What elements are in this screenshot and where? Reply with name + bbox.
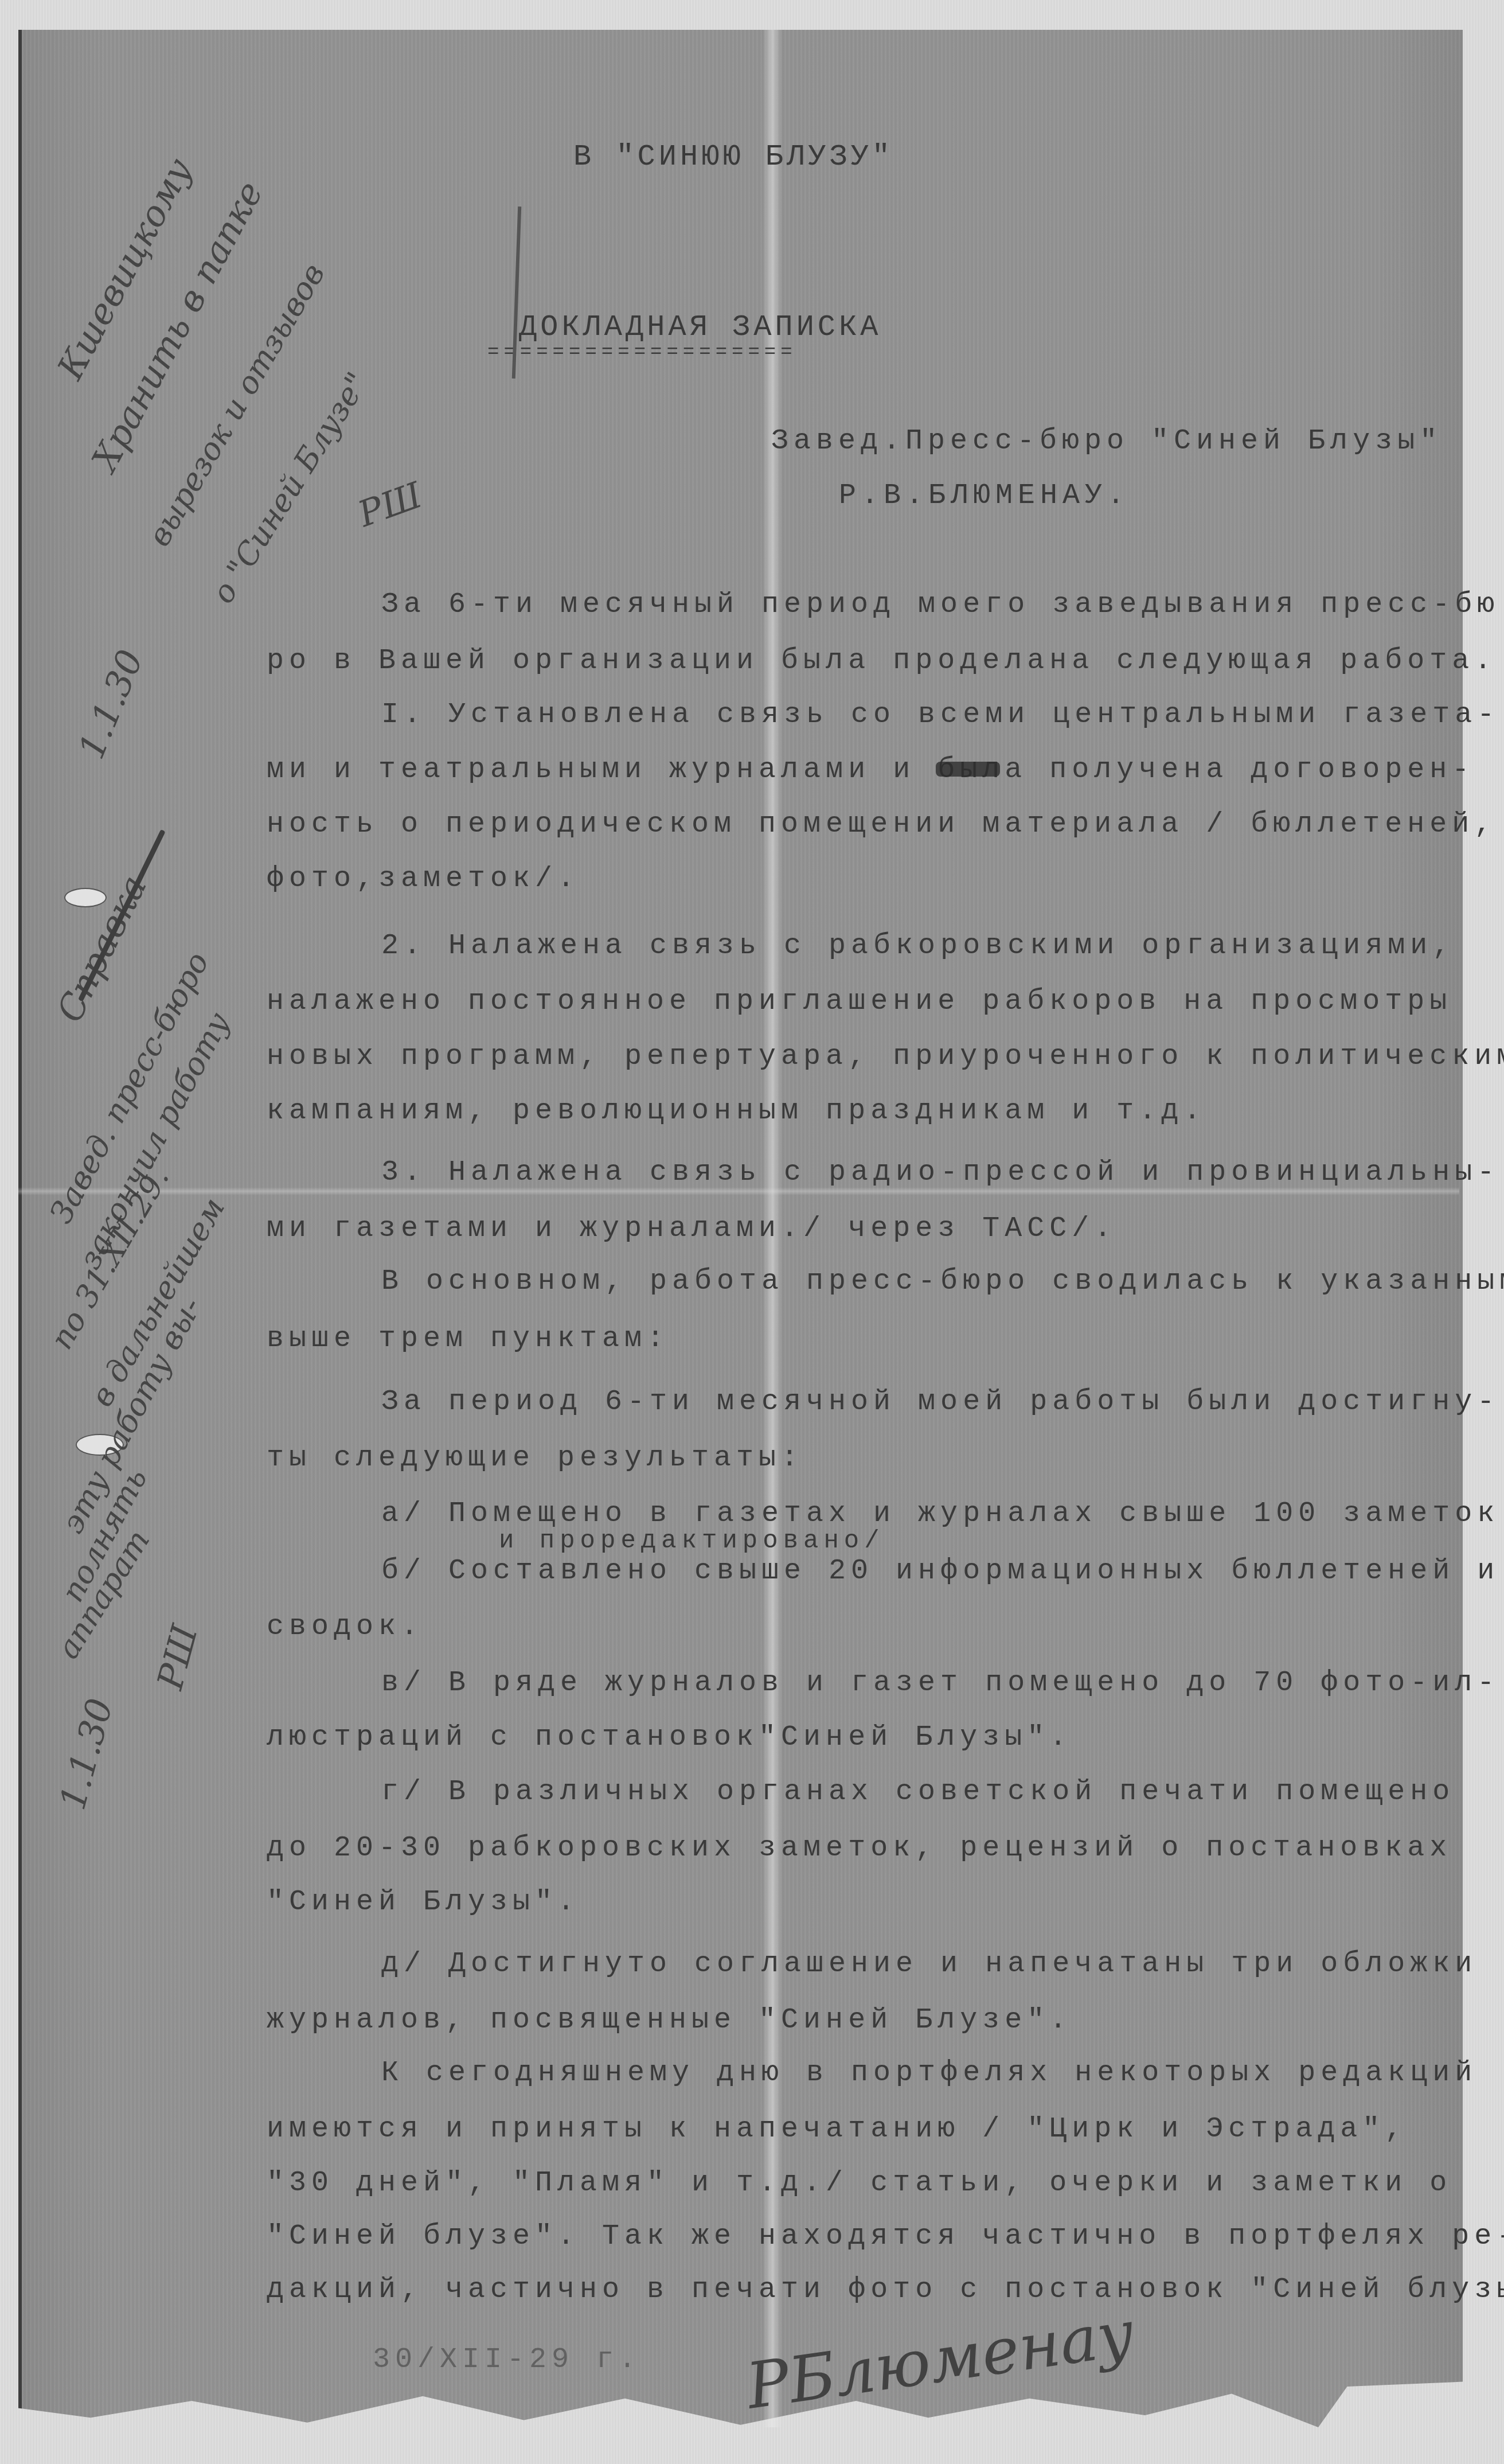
body-line: 3. Налажена связь с радио-прессой и пров… [381,1159,1499,1187]
body-line: ро в Вашей организации была проделана сл… [267,647,1497,676]
body-line: ты следующие результаты: [267,1444,803,1473]
author-position: Завед.Пресс-бюро "Синей Блузы" [771,427,1442,456]
body-line: люстраций с постановок"Синей Блузы". [267,1724,1072,1752]
body-line: журналов, посвященные "Синей Блузе". [267,2006,1072,2035]
body-line: В основном, работа пресс-бюро сводилась … [381,1268,1504,1296]
body-line: кампаниям, революционным праздникам и т.… [267,1097,1206,1126]
body-line: а/ Помещено в газетах и журналах свыше 1… [381,1500,1504,1529]
struck-out-word [936,762,1000,777]
body-line: налажено постоянное приглашение рабкоров… [267,988,1452,1016]
body-line: новых программ, репертуара, приуроченног… [267,1043,1504,1071]
body-line: и проредактировано/ [499,1529,885,1554]
body-line: б/ Составлено свыше 20 информационных бю… [381,1557,1499,1586]
body-line: имеются и приняты к напечатанию / "Цирк … [267,2115,1407,2144]
body-line: За период 6-ти месячной моей работы были… [381,1388,1499,1417]
body-line: "30 дней", "Пламя" и т.д./ статьи, очерк… [267,2169,1452,2198]
body-line: "Синей Блузы". [267,1888,580,1917]
body-line: сводок. [267,1613,423,1642]
body-line: 2. Налажена связь с рабкоровскими органи… [381,932,1455,961]
body-line: до 20-30 рабкоровских заметок, рецензий … [267,1834,1452,1863]
body-line: дакций, частично в печати фото с постано… [267,2276,1504,2305]
document-title: ДОКЛАДНАЯ ЗАПИСКА [519,313,882,342]
body-line: д/ Достигнуто соглашение и напечатаны тр… [381,1950,1477,1979]
body-line: За 6-ти месячный период моего заведывани… [381,591,1504,619]
body-line: "Синей блузе". Так же находятся частично… [267,2223,1504,2251]
body-line: I. Установлена связь со всеми центральны… [381,701,1499,730]
body-line: в/ В ряде журналов и газет помещено до 7… [381,1669,1499,1698]
date-line: 30/XII-29 г. [373,2346,641,2375]
author-name: Р.В.БЛЮМЕНАУ. [839,482,1130,510]
body-line: ми и театральными журналами и была получ… [267,756,1474,785]
body-line: К сегодняшнему дню в портфелях некоторых… [381,2059,1477,2088]
body-line: фото,заметок/. [267,865,580,894]
title-underline: =================== [487,343,797,362]
body-line: г/ В различных органах советской печати … [381,1778,1455,1807]
body-line: выше трем пунктам: [267,1325,669,1354]
body-line: ность о периодическом помещении материал… [267,810,1497,839]
addressee: В "СИНЮЮ БЛУЗУ" [573,142,893,172]
body-line: ми газетами и журналами./ через ТАСС/. [267,1215,1116,1243]
